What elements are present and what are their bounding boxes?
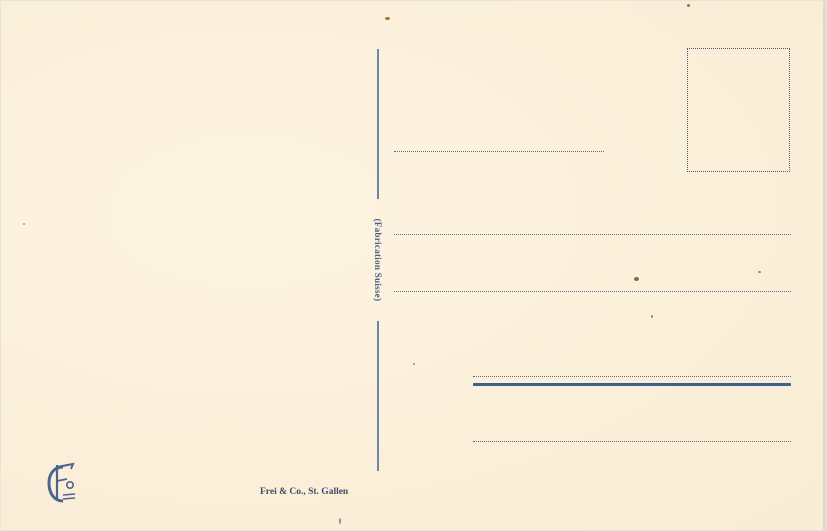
paper-speck	[758, 271, 761, 273]
fabrication-imprint: (Fabrication Suisse)	[373, 219, 383, 302]
paper-speck	[339, 518, 341, 524]
paper-speck	[23, 223, 25, 225]
postcard-back: (Fabrication Suisse) Frei & Co., St. Gal…	[1, 1, 826, 530]
address-line-1	[394, 151, 604, 152]
address-underline	[473, 383, 791, 386]
paper-speck	[385, 17, 390, 20]
card-edge	[823, 1, 826, 530]
paper-speck	[687, 4, 690, 7]
paper-speck	[651, 315, 653, 318]
publisher-monogram-icon	[45, 461, 81, 505]
address-line-5	[473, 441, 791, 442]
address-line-3	[394, 291, 791, 292]
stamp-placeholder-icon	[687, 48, 790, 172]
paper-speck	[634, 277, 639, 281]
address-line-2	[394, 234, 791, 235]
paper-speck	[413, 363, 415, 365]
publisher-imprint: Frei & Co., St. Gallen	[260, 487, 348, 497]
address-line-4	[473, 376, 791, 377]
